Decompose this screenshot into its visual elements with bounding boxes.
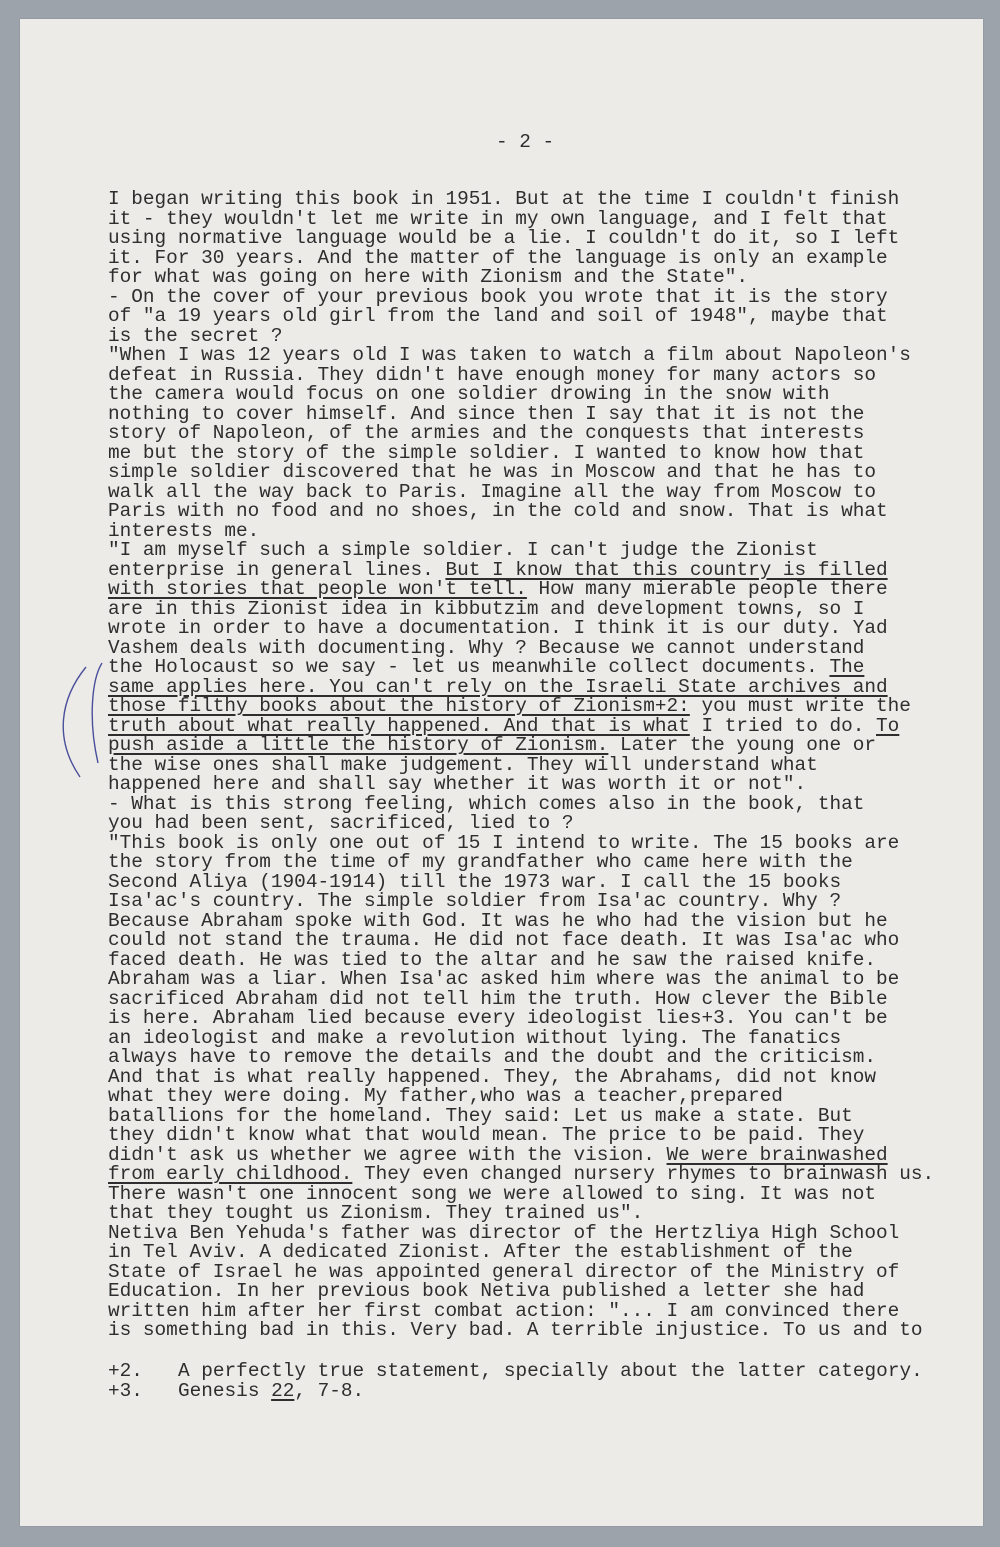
text-run: , 7-8.: [294, 1380, 364, 1402]
typed-page: - 2 - I began writing this book in 1951.…: [20, 19, 983, 1526]
underlined-text: To: [876, 715, 899, 737]
text-run: Genesis: [178, 1380, 271, 1402]
underlined-text: 22: [271, 1380, 294, 1402]
page-number: - 2 -: [496, 131, 554, 153]
text-line: is something bad in this. Very bad. A te…: [108, 1321, 934, 1341]
footnote: +3.Genesis 22, 7-8.: [108, 1382, 923, 1402]
footnotes: +2.A perfectly true statement, specially…: [108, 1362, 923, 1401]
footnote-mark: +2.: [108, 1362, 178, 1382]
handwritten-bracket-icon: [50, 659, 110, 779]
body-text: I began writing this book in 1951. But a…: [108, 190, 934, 1341]
footnote-mark: +3.: [108, 1382, 178, 1402]
text-run: is something bad in this. Very bad. A te…: [108, 1319, 923, 1341]
